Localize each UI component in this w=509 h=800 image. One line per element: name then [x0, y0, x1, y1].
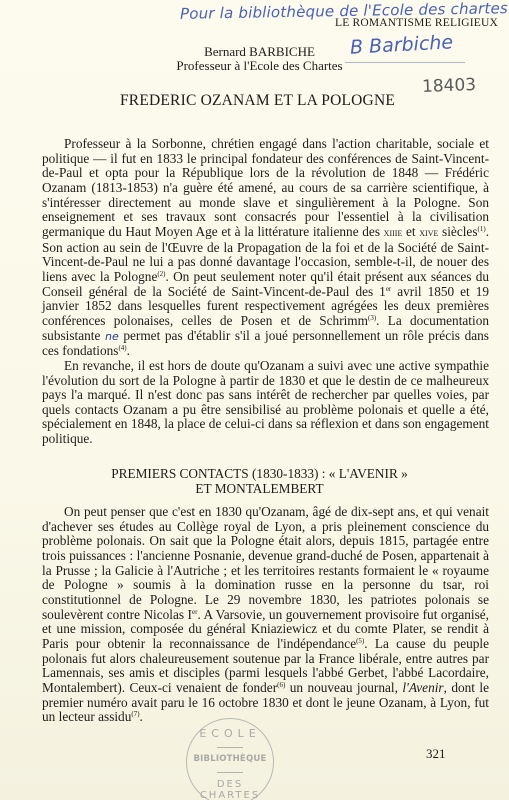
section-heading-line-2: ET MONTALEMBERT	[10, 481, 509, 496]
journal-title: l'Avenir	[402, 680, 443, 695]
century-xiii: xiiie	[384, 227, 403, 239]
author-role: Professeur à l'Ecole des Chartes	[0, 59, 509, 73]
text-run: et	[402, 224, 419, 239]
footnote-ref-7[interactable]: (7)	[131, 710, 139, 718]
century-xiv: xive	[419, 227, 438, 239]
footnote-ref-1[interactable]: (1)	[478, 225, 486, 233]
paragraph-1: Professeur à la Sorbonne, chrétien engag…	[42, 137, 489, 359]
text-run: siècles	[438, 224, 477, 239]
page-number: 321	[426, 746, 446, 762]
document-page: Pour la bibliothèque de l'Ecole des char…	[0, 0, 509, 800]
article-title: FREDERIC OZANAM ET LA POLOGNE	[0, 92, 509, 110]
paragraph-2: En revanche, il est hors de doute qu'Oza…	[42, 359, 489, 447]
library-stamp: ECOLE BIBLIOTHÈQUE DES CHARTES	[186, 718, 274, 800]
text-run: .	[127, 343, 130, 358]
stamp-rule	[217, 747, 243, 748]
paragraph-3: On peut penser que c'est en 1830 qu'Ozan…	[42, 505, 489, 725]
footnote-ref-4[interactable]: (4)	[118, 344, 126, 352]
handwritten-correction: ne	[105, 330, 119, 343]
running-head: LE ROMANTISME RELIGIEUX	[335, 17, 498, 29]
section-heading-line-1: PREMIERS CONTACTS (1830-1833) : « L'AVEN…	[10, 466, 509, 481]
footnote-ref-3[interactable]: (3)	[368, 314, 376, 322]
stamp-top-text: ECOLE	[187, 727, 273, 740]
stamp-bottom-text: DES CHARTES	[187, 779, 273, 800]
text-run: .	[140, 709, 143, 724]
section-text: On peut penser que c'est en 1830 qu'Ozan…	[42, 505, 489, 725]
author-name: Bernard BARBICHE	[0, 45, 509, 59]
stamp-rule	[217, 772, 243, 773]
stamp-middle-text: BIBLIOTHÈQUE	[187, 754, 273, 764]
intro-text: Professeur à la Sorbonne, chrétien engag…	[42, 137, 489, 447]
text-run: Professeur à la Sorbonne, chrétien engag…	[42, 136, 489, 239]
text-run: On peut penser que c'est en 1830 qu'Ozan…	[42, 504, 489, 622]
author-block: Bernard BARBICHE Professeur à l'Ecole de…	[0, 45, 509, 73]
text-run: un nouveau journal,	[285, 680, 402, 695]
section-heading: PREMIERS CONTACTS (1830-1833) : « L'AVEN…	[0, 466, 509, 496]
footnote-ref-2[interactable]: (2)	[157, 270, 165, 278]
